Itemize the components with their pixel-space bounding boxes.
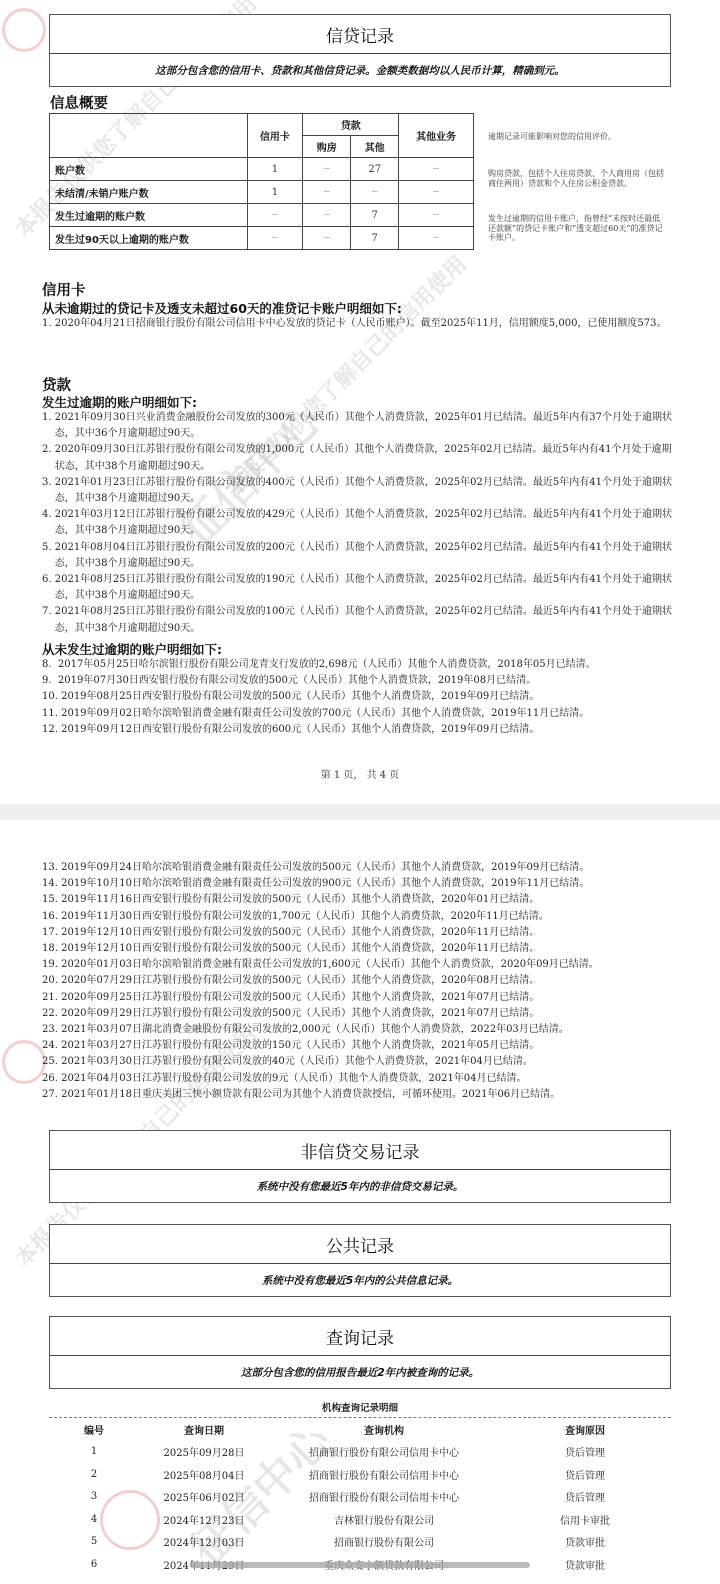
item-number: 16.: [42, 909, 61, 925]
public-record-section: 公共记录 系统中没有您最近5年内的公共信息记录。: [49, 1224, 671, 1297]
cell-other-business: --: [399, 227, 474, 250]
summary-note: 发生过逾期的信用卡账户，指曾经“未按时还最低还款额”的贷记卡账户和“透支超过60…: [488, 214, 668, 243]
summary-note: 购房贷款，包括个人住房贷款、个人商用房（包括商住两用）贷款和个人住房公积金贷款。: [488, 169, 668, 188]
section-title: 公共记录: [50, 1225, 670, 1264]
inquiry-table-caption: 机构查询记录明细: [49, 1400, 671, 1414]
section-description: 系统中没有您最近5年内的非信贷交易记录。: [50, 1170, 670, 1202]
header-loan: 贷款: [303, 114, 399, 136]
list-item: 18. 2019年12月10日西安银行股份有限公司发放的500元（人民币）其他个…: [42, 941, 672, 957]
cell-institution: 招商银行股份有限公司信用卡中心: [269, 1467, 499, 1482]
horizontal-scrollbar[interactable]: [190, 1562, 530, 1568]
seal-watermark-icon: [2, 1040, 46, 1084]
cell-other-business: --: [399, 181, 474, 204]
item-number: 1.: [42, 410, 55, 442]
cell-reason: 贷后管理: [499, 1467, 671, 1482]
column-header: 查询日期: [139, 1422, 269, 1437]
row-label: 发生过逾期的账户数: [50, 204, 248, 227]
summary-heading: 信息概要: [50, 92, 108, 113]
cell-date: 2024年12月03日: [139, 1534, 269, 1549]
item-text: 2019年12月10日西安银行股份有限公司发放的500元（人民币）其他个人消费贷…: [61, 925, 672, 941]
summary-header-blank: [50, 114, 248, 158]
item-text: 2019年09月12日西安银行股份有限公司发放的600元（人民币）其他个人消费贷…: [61, 722, 672, 738]
cell-reason: 贷款审批: [499, 1534, 671, 1549]
cell-other: --: [351, 181, 399, 204]
item-number: 8.: [42, 657, 58, 673]
cell-other-business: --: [399, 158, 474, 181]
list-item: 22. 2020年09月29日江苏银行股份有限公司发放的500元（人民币）其他个…: [42, 1006, 672, 1022]
item-number: 3.: [42, 475, 55, 507]
list-item: 13. 2019年09月24日哈尔滨哈银消费金融有限责任公司发放的500元（人民…: [42, 860, 672, 876]
item-number: 25.: [42, 1054, 61, 1070]
cell-other: 7: [351, 204, 399, 227]
cell-institution: 招商银行股份有限公司信用卡中心: [269, 1489, 499, 1504]
cell-other-business: --: [399, 204, 474, 227]
cell-credit-card: 1: [247, 181, 303, 204]
list-item: 11. 2019年09月02日哈尔滨哈银消费金融有限责任公司发放的700元（人民…: [42, 706, 672, 722]
list-item: 2. 2020年09月30日江苏银行股份有限公司发放的1,000元（人民币）其他…: [42, 442, 672, 474]
cell-date: 2025年06月02日: [139, 1489, 269, 1504]
item-number: 18.: [42, 941, 61, 957]
inquiry-table: 编号 查询日期 查询机构 查询原因 1 2025年09月28日 招商银行股份有限…: [49, 1418, 671, 1576]
list-item: 10. 2019年08月25日西安银行股份有限公司发放的500元（人民币）其他个…: [42, 689, 672, 705]
item-number: 26.: [42, 1071, 61, 1087]
item-text: 2020年04月21日招商银行股份有限公司信用卡中心发放的贷记卡（人民币账户）。…: [55, 316, 672, 332]
summary-row: 未结清/未销户账户数 1 -- -- --: [50, 181, 474, 204]
list-item: 1. 2020年04月21日招商银行股份有限公司信用卡中心发放的贷记卡（人民币账…: [42, 316, 672, 332]
item-number: 9.: [42, 673, 58, 689]
item-number: 14.: [42, 876, 61, 892]
summary-note: 逾期记录可能影响对您的信用评价。: [488, 132, 668, 142]
item-number: 12.: [42, 722, 61, 738]
item-number: 1.: [42, 316, 55, 332]
cell-credit-card: --: [247, 204, 303, 227]
item-number: 27.: [42, 1087, 61, 1103]
cell-credit-card: --: [247, 227, 303, 250]
list-item: 3. 2021年01月23日江苏银行股份有限公司发放的400元（人民币）其他个人…: [42, 475, 672, 507]
cell-date: 2025年09月28日: [139, 1444, 269, 1459]
item-text: 2021年03月30日江苏银行股份有限公司发放的40元（人民币）其他个人消费贷款…: [61, 1054, 672, 1070]
item-number: 13.: [42, 860, 61, 876]
list-item: 16. 2019年11月30日西安银行股份有限公司发放的1,700元（人民币）其…: [42, 909, 672, 925]
header-other-business: 其他业务: [399, 114, 474, 158]
summary-table: 信用卡 贷款 其他业务 购房 其他 账户数 1 -- 27 -- 未结清/未销户…: [49, 113, 474, 250]
item-number: 17.: [42, 925, 61, 941]
list-item: 14. 2019年10月10日哈尔滨哈银消费金融有限责任公司发放的900元（人民…: [42, 876, 672, 892]
list-item: 23. 2021年03月07日湖北消费金融股份有限公司发放的2,000元（人民币…: [42, 1022, 672, 1038]
item-text: 2020年09月30日江苏银行股份有限公司发放的1,000元（人民币）其他个人消…: [55, 442, 672, 474]
table-row: 5 2024年12月03日 招商银行股份有限公司 贷款审批: [49, 1531, 671, 1554]
inquiry-table-header: 编号 查询日期 查询机构 查询原因: [49, 1418, 671, 1441]
item-text: 2019年11月16日西安银行股份有限公司发放的500元（人民币）其他个人消费贷…: [61, 892, 672, 908]
list-item: 17. 2019年12月10日西安银行股份有限公司发放的500元（人民币）其他个…: [42, 925, 672, 941]
cell-date: 2024年12月23日: [139, 1512, 269, 1527]
summary-row: 账户数 1 -- 27 --: [50, 158, 474, 181]
document-page-1: 本报告仅供您了解自己的信用使用 征信中心 本报告仅供您了解自己的信用使用 信贷记…: [0, 0, 720, 804]
item-text: 2020年09月29日江苏银行股份有限公司发放的500元（人民币）其他个人消费贷…: [61, 1006, 672, 1022]
item-text: 2020年09月25日江苏银行股份有限公司发放的500元（人民币）其他个人消费贷…: [61, 990, 672, 1006]
row-label: 发生过90天以上逾期的账户数: [50, 227, 248, 250]
item-text: 2021年04月03日江苏银行股份有限公司发放的9元（人民币）其他个人消费贷款，…: [61, 1071, 672, 1087]
cell-reason: 贷后管理: [499, 1489, 671, 1504]
list-item: 5. 2021年08月04日江苏银行股份有限公司发放的200元（人民币）其他个人…: [42, 540, 672, 572]
header-loan-house: 购房: [303, 136, 351, 158]
cell-reason: 贷后管理: [499, 1444, 671, 1459]
item-number: 23.: [42, 1022, 61, 1038]
list-item: 27. 2021年01月18日重庆美团三快小额贷款有限公司为其他个人消费贷款授信…: [42, 1087, 672, 1103]
cell-number: 5: [49, 1536, 139, 1547]
item-text: 2020年07月29日江苏银行股份有限公司发放的500元（人民币）其他个人消费贷…: [61, 973, 672, 989]
item-text: 2019年11月30日西安银行股份有限公司发放的1,700元（人民币）其他个人消…: [61, 909, 672, 925]
list-item: 26. 2021年04月03日江苏银行股份有限公司发放的9元（人民币）其他个人消…: [42, 1071, 672, 1087]
column-header: 编号: [49, 1422, 139, 1437]
non-credit-section: 非信贷交易记录 系统中没有您最近5年内的非信贷交易记录。: [49, 1130, 671, 1203]
list-item: 9. 2019年07月30日西安银行股份有限公司发放的500元（人民币）其他个人…: [42, 673, 672, 689]
cell-institution: 招商银行股份有限公司信用卡中心: [269, 1444, 499, 1459]
item-text: 2021年03月27日江苏银行股份有限公司发放的150元（人民币）其他个人消费贷…: [61, 1038, 672, 1054]
section-title: 信贷记录: [50, 15, 670, 54]
credit-card-list: 1. 2020年04月21日招商银行股份有限公司信用卡中心发放的贷记卡（人民币账…: [42, 316, 672, 332]
cell-institution: 吉林银行股份有限公司: [269, 1512, 499, 1527]
credit-record-section: 信贷记录 这部分包含您的信用卡、贷款和其他信贷记录。金额类数据均以人民币计算，精…: [49, 14, 671, 87]
list-item: 1. 2021年09月30日兴业消费金融股份公司发放的300元（人民币）其他个人…: [42, 410, 672, 442]
table-row: 4 2024年12月23日 吉林银行股份有限公司 信用卡审批: [49, 1508, 671, 1531]
table-row: 2 2025年08月04日 招商银行股份有限公司信用卡中心 贷后管理: [49, 1463, 671, 1486]
list-item: 8. 2017年05月25日哈尔滨银行股份有限公司龙青支行发放的2,698元（人…: [42, 657, 672, 673]
item-number: 11.: [42, 706, 61, 722]
section-description: 系统中没有您最近5年内的公共信息记录。: [50, 1264, 670, 1296]
item-number: 24.: [42, 1038, 61, 1054]
item-number: 20.: [42, 973, 61, 989]
list-item: 6. 2021年08月25日江苏银行股份有限公司发放的190元（人民币）其他个人…: [42, 572, 672, 604]
cell-house: --: [303, 204, 351, 227]
cell-number: 4: [49, 1514, 139, 1525]
item-number: 21.: [42, 990, 61, 1006]
item-number: 19.: [42, 957, 61, 973]
credit-card-heading: 信用卡: [42, 279, 86, 300]
cell-house: --: [303, 227, 351, 250]
item-number: 2.: [42, 442, 55, 474]
item-text: 2019年07月30日西安银行股份有限公司发放的500元（人民币）其他个人消费贷…: [58, 673, 672, 689]
item-number: 10.: [42, 689, 61, 705]
item-text: 2019年09月24日哈尔滨哈银消费金融有限责任公司发放的500元（人民币）其他…: [61, 860, 672, 876]
header-credit-card: 信用卡: [247, 114, 303, 158]
item-text: 2021年08月04日江苏银行股份有限公司发放的200元（人民币）其他个人消费贷…: [55, 540, 672, 572]
page-number: 第 1 页， 共 4 页: [0, 766, 720, 781]
item-text: 2021年01月18日重庆美团三快小额贷款有限公司为其他个人消费贷款授信，可循环…: [61, 1087, 672, 1103]
never-overdue-subheading: 从未发生过逾期的账户明细如下:: [42, 640, 222, 658]
cell-number: 6: [49, 1559, 139, 1570]
cell-house: --: [303, 158, 351, 181]
section-title: 查询记录: [50, 1317, 670, 1356]
cell-house: --: [303, 181, 351, 204]
list-item: 7. 2021年08月25日江苏银行股份有限公司发放的100元（人民币）其他个人…: [42, 604, 672, 636]
list-item: 25. 2021年03月30日江苏银行股份有限公司发放的40元（人民币）其他个人…: [42, 1054, 672, 1070]
cell-institution: 招商银行股份有限公司: [269, 1534, 499, 1549]
list-item: 4. 2021年03月12日江苏银行股份有限公司发放的429元（人民币）其他个人…: [42, 507, 672, 539]
item-number: 15.: [42, 892, 61, 908]
list-item: 15. 2019年11月16日西安银行股份有限公司发放的500元（人民币）其他个…: [42, 892, 672, 908]
table-row: 1 2025年09月28日 招商银行股份有限公司信用卡中心 贷后管理: [49, 1441, 671, 1464]
section-description: 这部分包含您的信用报告最近2年内被查询的记录。: [50, 1356, 670, 1388]
document-page-2: 本报告仅供您了解自己的信用使用 征信中心 13. 2019年09月24日哈尔滨哈…: [0, 820, 720, 1584]
item-text: 2020年01月03日哈尔滨哈银消费金融有限责任公司发放的1,600元（人民币）…: [61, 957, 672, 973]
credit-card-subheading: 从未逾期过的贷记卡及透支未超过60天的准贷记卡账户明细如下:: [42, 299, 402, 317]
list-item: 24. 2021年03月27日江苏银行股份有限公司发放的150元（人民币）其他个…: [42, 1038, 672, 1054]
item-text: 2017年05月25日哈尔滨银行股份有限公司龙青支行发放的2,698元（人民币）…: [58, 657, 672, 673]
never-overdue-loan-list-continued: 13. 2019年09月24日哈尔滨哈银消费金融有限责任公司发放的500元（人民…: [42, 860, 672, 1103]
list-item: 12. 2019年09月12日西安银行股份有限公司发放的600元（人民币）其他个…: [42, 722, 672, 738]
summary-row: 发生过逾期的账户数 -- -- 7 --: [50, 204, 474, 227]
item-number: 6.: [42, 572, 55, 604]
loans-heading: 贷款: [42, 374, 71, 395]
cell-number: 2: [49, 1469, 139, 1480]
item-text: 2021年03月07日湖北消费金融股份有限公司发放的2,000元（人民币）其他个…: [61, 1022, 672, 1038]
overdue-subheading: 发生过逾期的账户明细如下:: [42, 393, 197, 411]
item-text: 2021年08月25日江苏银行股份有限公司发放的100元（人民币）其他个人消费贷…: [55, 604, 672, 636]
section-title: 非信贷交易记录: [50, 1131, 670, 1170]
row-label: 未结清/未销户账户数: [50, 181, 248, 204]
list-item: 20. 2020年07月29日江苏银行股份有限公司发放的500元（人民币）其他个…: [42, 973, 672, 989]
cell-other: 7: [351, 227, 399, 250]
never-overdue-loan-list: 8. 2017年05月25日哈尔滨银行股份有限公司龙青支行发放的2,698元（人…: [42, 657, 672, 738]
cell-other: 27: [351, 158, 399, 181]
list-item: 21. 2020年09月25日江苏银行股份有限公司发放的500元（人民币）其他个…: [42, 990, 672, 1006]
cell-number: 1: [49, 1446, 139, 1457]
item-text: 2019年10月10日哈尔滨哈银消费金融有限责任公司发放的900元（人民币）其他…: [61, 876, 672, 892]
item-number: 7.: [42, 604, 55, 636]
item-text: 2021年08月25日江苏银行股份有限公司发放的190元（人民币）其他个人消费贷…: [55, 572, 672, 604]
seal-watermark-icon: [2, 8, 46, 52]
item-number: 22.: [42, 1006, 61, 1022]
section-description: 这部分包含您的信用卡、贷款和其他信贷记录。金额类数据均以人民币计算，精确到元。: [50, 54, 670, 86]
item-text: 2019年12月10日西安银行股份有限公司发放的500元（人民币）其他个人消费贷…: [61, 941, 672, 957]
item-text: 2021年01月23日江苏银行股份有限公司发放的400元（人民币）其他个人消费贷…: [55, 475, 672, 507]
item-text: 2019年08月25日西安银行股份有限公司发放的500元（人民币）其他个人消费贷…: [61, 689, 672, 705]
table-row: 3 2025年06月02日 招商银行股份有限公司信用卡中心 贷后管理: [49, 1486, 671, 1509]
cell-credit-card: 1: [247, 158, 303, 181]
item-number: 5.: [42, 540, 55, 572]
cell-date: 2025年08月04日: [139, 1467, 269, 1482]
summary-row: 发生过90天以上逾期的账户数 -- -- 7 --: [50, 227, 474, 250]
page-separator: [0, 804, 720, 820]
item-text: 2021年09月30日兴业消费金融股份公司发放的300元（人民币）其他个人消费贷…: [55, 410, 672, 442]
list-item: 19. 2020年01月03日哈尔滨哈银消费金融有限责任公司发放的1,600元（…: [42, 957, 672, 973]
column-header: 查询原因: [499, 1422, 671, 1437]
header-loan-other: 其他: [351, 136, 399, 158]
row-label: 账户数: [50, 158, 248, 181]
item-number: 4.: [42, 507, 55, 539]
cell-reason: 信用卡审批: [499, 1512, 671, 1527]
inquiry-section: 查询记录 这部分包含您的信用报告最近2年内被查询的记录。: [49, 1316, 671, 1389]
overdue-loan-list: 1. 2021年09月30日兴业消费金融股份公司发放的300元（人民币）其他个人…: [42, 410, 672, 637]
item-text: 2021年03月12日江苏银行股份有限公司发放的429元（人民币）其他个人消费贷…: [55, 507, 672, 539]
item-text: 2019年09月02日哈尔滨哈银消费金融有限责任公司发放的700元（人民币）其他…: [61, 706, 672, 722]
cell-number: 3: [49, 1491, 139, 1502]
column-header: 查询机构: [269, 1422, 499, 1437]
